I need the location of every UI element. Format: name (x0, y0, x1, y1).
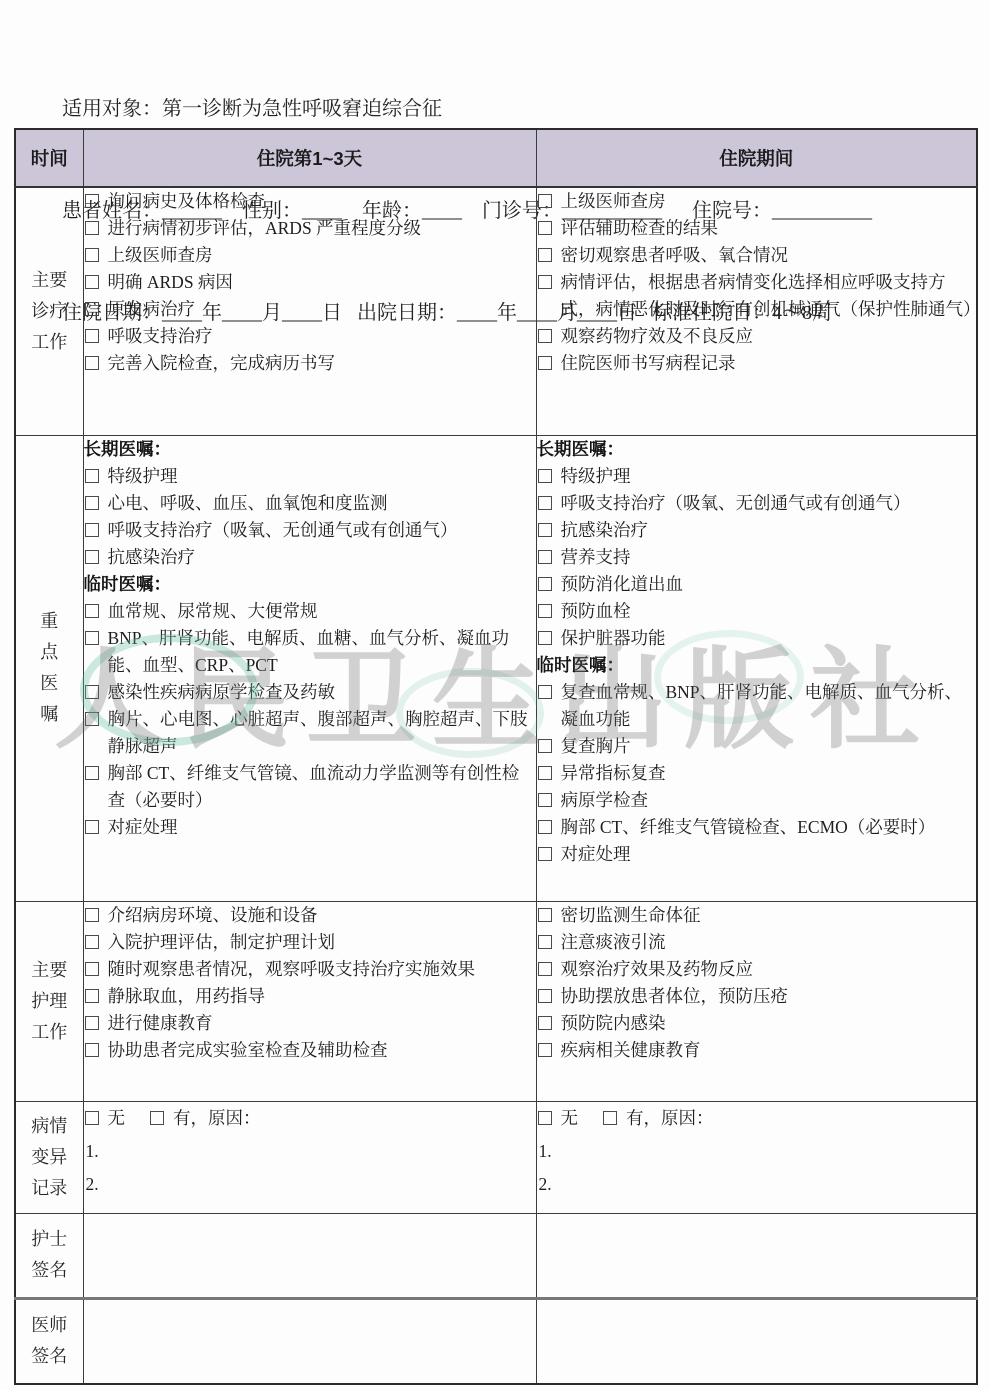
checklist-item-label: 预防血栓 (561, 598, 977, 625)
header-time: 时间 (15, 129, 83, 187)
checklist-item: 入院护理评估，制定护理计划 (84, 929, 536, 956)
checkbox-icon[interactable] (85, 275, 99, 289)
checklist-item-label: 预防院内感染 (561, 1010, 977, 1037)
checklist-item: 复查胸片 (537, 733, 977, 760)
checklist-item: 病原学检查 (537, 787, 977, 814)
diagnosis-during-stay-cell: 上级医师查房 评估辅助检查的结果 密切观察患者呼吸、氧合情况 病情评估，根据患者… (536, 187, 977, 435)
variation-reason-line-1: 1. (84, 1135, 536, 1168)
doctor-signature-cell-days1-3[interactable] (83, 1298, 536, 1384)
checklist-item: 预防消化道出血 (537, 571, 977, 598)
checklist-item-label: 密切观察患者呼吸、氧合情况 (561, 242, 977, 269)
checkbox-icon[interactable] (85, 766, 99, 780)
checklist-item: 静脉取血，用药指导 (84, 983, 536, 1010)
checklist-item-label: 对症处理 (561, 841, 977, 868)
order-group-heading: 临时医嘱： (84, 571, 536, 598)
checklist-item-label: 血常规、尿常规、大便常规 (108, 598, 536, 625)
checklist-item-label: 预防消化道出血 (561, 571, 977, 598)
checklist-item-label: 病情评估，根据患者病情变化选择相应呼吸支持方式，病情恶化时及时行有创机械通气（保… (561, 269, 977, 323)
row-label-nursing: 主要 护理 工作 (15, 901, 83, 1101)
checkbox-icon[interactable] (538, 356, 552, 370)
checklist-item: 密切观察患者呼吸、氧合情况 (537, 242, 977, 269)
checklist-item: 感染性疾病病原学检查及药敏 (84, 679, 536, 706)
checklist-item-label: 心电、呼吸、血压、血氧饱和度监测 (108, 490, 536, 517)
checklist-item: 评估辅助检查的结果 (537, 215, 977, 242)
checklist-item: 病情评估，根据患者病情变化选择相应呼吸支持方式，病情恶化时及时行有创机械通气（保… (537, 269, 977, 323)
variation-no-label: 无 (108, 1102, 126, 1135)
orders-days1-3-cell: 长期医嘱： 特级护理 心电、呼吸、血压、血氧饱和度监测 呼吸支持治疗（吸氧、无创… (83, 435, 536, 901)
checkbox-icon[interactable] (538, 604, 552, 618)
checklist-item: 特级护理 (537, 463, 977, 490)
checkbox-icon[interactable] (538, 739, 552, 753)
checkbox-icon[interactable] (85, 1016, 99, 1030)
checklist-item: 血常规、尿常规、大便常规 (84, 598, 536, 625)
checklist-item-label: 协助患者完成实验室检查及辅助检查 (108, 1037, 536, 1064)
checklist-item-label: 复查胸片 (561, 733, 977, 760)
checklist-item-label: 观察治疗效果及药物反应 (561, 956, 977, 983)
checklist-item-label: 疾病相关健康教育 (561, 1037, 977, 1064)
checklist-item: 明确 ARDS 病因 (84, 269, 536, 296)
checkbox-icon[interactable] (85, 908, 99, 922)
checklist-item: 预防院内感染 (537, 1010, 977, 1037)
variation-yes-label: 有，原因： (173, 1102, 261, 1135)
checklist-item-label: 入院护理评估，制定护理计划 (108, 929, 536, 956)
checkbox-icon[interactable] (538, 820, 552, 834)
variation-options: 无 有，原因： (537, 1102, 977, 1135)
row-label-diagnosis: 主要 诊疗 工作 (15, 187, 83, 435)
checklist-item: 呼吸支持治疗（吸氧、无创通气或有创通气） (84, 517, 536, 544)
order-group-heading: 临时医嘱： (537, 652, 977, 679)
checkbox-icon[interactable] (85, 935, 99, 949)
row-diagnosis-work: 主要 诊疗 工作 询问病史及体格检查 进行病情初步评估，ARDS 严重程度分级 … (15, 187, 977, 435)
checklist-item-label: 呼吸支持治疗（吸氧、无创通气或有创通气） (108, 517, 536, 544)
checklist-item: 预防血栓 (537, 598, 977, 625)
checkbox-icon[interactable] (85, 712, 99, 726)
checkbox-icon[interactable] (85, 221, 99, 235)
checklist-item: BNP、肝肾功能、电解质、血糖、血气分析、凝血功能、血型、CRP、PCT (84, 625, 536, 679)
checklist-item: 观察药物疗效及不良反应 (537, 323, 977, 350)
doctor-signature-cell-during-stay[interactable] (536, 1298, 977, 1384)
checkbox-icon[interactable] (538, 685, 552, 699)
checkbox-icon[interactable] (85, 550, 99, 564)
doc-scope-line: 适用对象：第一诊断为急性呼吸窘迫综合征 (62, 92, 872, 126)
checkbox-icon[interactable] (85, 1111, 99, 1125)
checkbox-icon[interactable] (85, 248, 99, 262)
checklist-item: 住院医师书写病程记录 (537, 350, 977, 377)
order-group-heading: 长期医嘱： (537, 436, 977, 463)
checklist-item: 观察治疗效果及药物反应 (537, 956, 977, 983)
variation-no-label: 无 (561, 1102, 579, 1135)
checklist-item-label: 上级医师查房 (561, 188, 977, 215)
checklist-item-label: 呼吸支持治疗（吸氧、无创通气或有创通气） (561, 490, 977, 517)
checkbox-icon[interactable] (85, 496, 99, 510)
checklist-item: 疾病相关健康教育 (537, 1037, 977, 1064)
checkbox-icon[interactable] (538, 631, 552, 645)
checklist-item: 心电、呼吸、血压、血氧饱和度监测 (84, 490, 536, 517)
checkbox-icon[interactable] (538, 577, 552, 591)
checklist-item: 协助摆放患者体位，预防压疮 (537, 983, 977, 1010)
checklist-item: 胸片、心电图、心脏超声、腹部超声、胸腔超声、下肢静脉超声 (84, 706, 536, 760)
checklist-item: 询问病史及体格检查 (84, 188, 536, 215)
checklist-item: 胸部 CT、纤维支气管镜、血流动力学监测等有创性检查（必要时） (84, 760, 536, 814)
checklist-item-label: 原发病治疗 (108, 296, 536, 323)
checkbox-icon[interactable] (538, 1043, 552, 1057)
checklist-item: 介绍病房环境、设施和设备 (84, 902, 536, 929)
checkbox-icon[interactable] (538, 1111, 552, 1125)
row-doctor-signature: 医师 签名 (15, 1298, 977, 1384)
checkbox-icon[interactable] (538, 275, 552, 289)
checkbox-icon[interactable] (85, 820, 99, 834)
checklist-item-label: 抗感染治疗 (108, 544, 536, 571)
checkbox-icon[interactable] (150, 1111, 164, 1125)
checklist-item: 协助患者完成实验室检查及辅助检查 (84, 1037, 536, 1064)
checklist-item-label: 评估辅助检查的结果 (561, 215, 977, 242)
row-key-orders: 重 点 医 嘱 长期医嘱： 特级护理 心电、呼吸、血压、血氧饱和度监测 呼吸支持… (15, 435, 977, 901)
row-nurse-signature: 护士 签名 (15, 1213, 977, 1298)
checklist-item: 上级医师查房 (84, 242, 536, 269)
checkbox-icon[interactable] (538, 194, 552, 208)
checklist-item-label: 胸片、心电图、心脏超声、腹部超声、胸腔超声、下肢静脉超声 (108, 706, 536, 760)
row-variation-record: 病情 变异 记录 无 有，原因： 1. 2. 无 有，原因： (15, 1101, 977, 1213)
checkbox-icon[interactable] (85, 469, 99, 483)
checklist-item: 抗感染治疗 (537, 517, 977, 544)
row-label-nurse-signature: 护士 签名 (15, 1213, 83, 1298)
checklist-item-label: 询问病史及体格检查 (108, 188, 536, 215)
checklist-item: 随时观察患者情况，观察呼吸支持治疗实施效果 (84, 956, 536, 983)
variation-options: 无 有，原因： (84, 1102, 536, 1135)
checklist-item: 注意痰液引流 (537, 929, 977, 956)
checklist-item-label: 胸部 CT、纤维支气管镜、血流动力学监测等有创性检查（必要时） (108, 760, 536, 814)
checkbox-icon[interactable] (538, 1016, 552, 1030)
checkbox-icon[interactable] (85, 962, 99, 976)
clinical-pathway-table: 时间 住院第1~3天 住院期间 主要 诊疗 工作 询问病史及体格检查 进行病情初… (14, 128, 978, 1385)
nurse-signature-cell-days1-3[interactable] (83, 1213, 536, 1298)
checklist-item-label: 营养支持 (561, 544, 977, 571)
checkbox-icon[interactable] (538, 766, 552, 780)
checklist-item: 胸部 CT、纤维支气管镜检查、ECMO（必要时） (537, 814, 977, 841)
checkbox-icon[interactable] (85, 356, 99, 370)
checklist-item-label: 上级医师查房 (108, 242, 536, 269)
checklist-item-label: 进行健康教育 (108, 1010, 536, 1037)
document-page: 适用对象：第一诊断为急性呼吸窘迫综合征 患者姓名：______ 性别：____ … (0, 0, 990, 1390)
checkbox-icon[interactable] (603, 1111, 617, 1125)
checkbox-icon[interactable] (538, 329, 552, 343)
checklist-item-label: 密切监测生命体征 (561, 902, 977, 929)
checkbox-icon[interactable] (85, 685, 99, 699)
checklist-item: 呼吸支持治疗（吸氧、无创通气或有创通气） (537, 490, 977, 517)
diagnosis-days1-3-cell: 询问病史及体格检查 进行病情初步评估，ARDS 严重程度分级 上级医师查房 明确… (83, 187, 536, 435)
checklist-item-label: 对症处理 (108, 814, 536, 841)
order-group-heading: 长期医嘱： (84, 436, 536, 463)
header-during-stay: 住院期间 (536, 129, 977, 187)
checkbox-icon[interactable] (538, 523, 552, 537)
checklist-item-label: 呼吸支持治疗 (108, 323, 536, 350)
checklist-item-label: 病原学检查 (561, 787, 977, 814)
nursing-days1-3-cell: 介绍病房环境、设施和设备 入院护理评估，制定护理计划 随时观察患者情况，观察呼吸… (83, 901, 536, 1101)
checklist-item: 复查血常规、BNP、肝肾功能、电解质、血气分析、凝血功能 (537, 679, 977, 733)
checklist-item-label: 随时观察患者情况，观察呼吸支持治疗实施效果 (108, 956, 536, 983)
checkbox-icon[interactable] (85, 631, 99, 645)
checkbox-icon[interactable] (538, 550, 552, 564)
checklist-item: 密切监测生命体征 (537, 902, 977, 929)
checklist-item: 进行健康教育 (84, 1010, 536, 1037)
checklist-item: 抗感染治疗 (84, 544, 536, 571)
variation-reason-line-1: 1. (537, 1135, 977, 1168)
checkbox-icon[interactable] (85, 989, 99, 1003)
variation-during-stay-cell: 无 有，原因： 1. 2. (536, 1101, 977, 1213)
row-label-variation: 病情 变异 记录 (15, 1101, 83, 1213)
checkbox-icon[interactable] (85, 302, 99, 316)
row-label-doctor-signature: 医师 签名 (15, 1298, 83, 1384)
checkbox-icon[interactable] (538, 793, 552, 807)
variation-reason-line-2: 2. (84, 1168, 536, 1201)
checklist-item-label: 异常指标复查 (561, 760, 977, 787)
checklist-item-label: 抗感染治疗 (561, 517, 977, 544)
checkbox-icon[interactable] (538, 221, 552, 235)
row-label-orders: 重 点 医 嘱 (15, 435, 83, 901)
checkbox-icon[interactable] (538, 469, 552, 483)
checklist-item: 完善入院检查，完成病历书写 (84, 350, 536, 377)
checklist-item-label: 感染性疾病病原学检查及药敏 (108, 679, 536, 706)
checklist-item: 对症处理 (84, 814, 536, 841)
checklist-item-label: 观察药物疗效及不良反应 (561, 323, 977, 350)
checklist-item: 营养支持 (537, 544, 977, 571)
checkbox-icon[interactable] (538, 248, 552, 262)
variation-reason-line-2: 2. (537, 1168, 977, 1201)
checklist-item-label: 特级护理 (108, 463, 536, 490)
checkbox-icon[interactable] (538, 496, 552, 510)
variation-yes-label: 有，原因： (626, 1102, 714, 1135)
checkbox-icon[interactable] (538, 935, 552, 949)
checklist-item-label: 特级护理 (561, 463, 977, 490)
checkbox-icon[interactable] (85, 329, 99, 343)
checkbox-icon[interactable] (85, 523, 99, 537)
checklist-item-label: 胸部 CT、纤维支气管镜检查、ECMO（必要时） (561, 814, 977, 841)
checklist-item-label: 住院医师书写病程记录 (561, 350, 977, 377)
checkbox-icon[interactable] (538, 908, 552, 922)
checkbox-icon[interactable] (85, 194, 99, 208)
checkbox-icon[interactable] (538, 989, 552, 1003)
checkbox-icon[interactable] (538, 962, 552, 976)
checklist-item: 对症处理 (537, 841, 977, 868)
checklist-item-label: 进行病情初步评估，ARDS 严重程度分级 (108, 215, 536, 242)
checklist-item-label: 静脉取血，用药指导 (108, 983, 536, 1010)
checklist-item-label: 完善入院检查，完成病历书写 (108, 350, 536, 377)
checklist-item-label: 协助摆放患者体位，预防压疮 (561, 983, 977, 1010)
checkbox-icon[interactable] (85, 604, 99, 618)
orders-during-stay-cell: 长期医嘱： 特级护理 呼吸支持治疗（吸氧、无创通气或有创通气） 抗感染治疗 营养… (536, 435, 977, 901)
header-days-1-3: 住院第1~3天 (83, 129, 536, 187)
checkbox-icon[interactable] (538, 847, 552, 861)
checklist-item-label: 复查血常规、BNP、肝肾功能、电解质、血气分析、凝血功能 (561, 679, 977, 733)
checklist-item-label: 明确 ARDS 病因 (108, 269, 536, 296)
checklist-item-label: 保护脏器功能 (561, 625, 977, 652)
checklist-item: 上级医师查房 (537, 188, 977, 215)
checklist-item-label: 介绍病房环境、设施和设备 (108, 902, 536, 929)
checklist-item: 异常指标复查 (537, 760, 977, 787)
checklist-item: 保护脏器功能 (537, 625, 977, 652)
table-header-row: 时间 住院第1~3天 住院期间 (15, 129, 977, 187)
checklist-item: 呼吸支持治疗 (84, 323, 536, 350)
checklist-item-label: BNP、肝肾功能、电解质、血糖、血气分析、凝血功能、血型、CRP、PCT (108, 625, 536, 679)
nursing-during-stay-cell: 密切监测生命体征 注意痰液引流 观察治疗效果及药物反应 协助摆放患者体位，预防压… (536, 901, 977, 1101)
nurse-signature-cell-during-stay[interactable] (536, 1213, 977, 1298)
checkbox-icon[interactable] (85, 1043, 99, 1057)
checklist-item: 原发病治疗 (84, 296, 536, 323)
checklist-item: 特级护理 (84, 463, 536, 490)
variation-days1-3-cell: 无 有，原因： 1. 2. (83, 1101, 536, 1213)
checklist-item-label: 注意痰液引流 (561, 929, 977, 956)
row-nursing-work: 主要 护理 工作 介绍病房环境、设施和设备 入院护理评估，制定护理计划 随时观察… (15, 901, 977, 1101)
checklist-item: 进行病情初步评估，ARDS 严重程度分级 (84, 215, 536, 242)
